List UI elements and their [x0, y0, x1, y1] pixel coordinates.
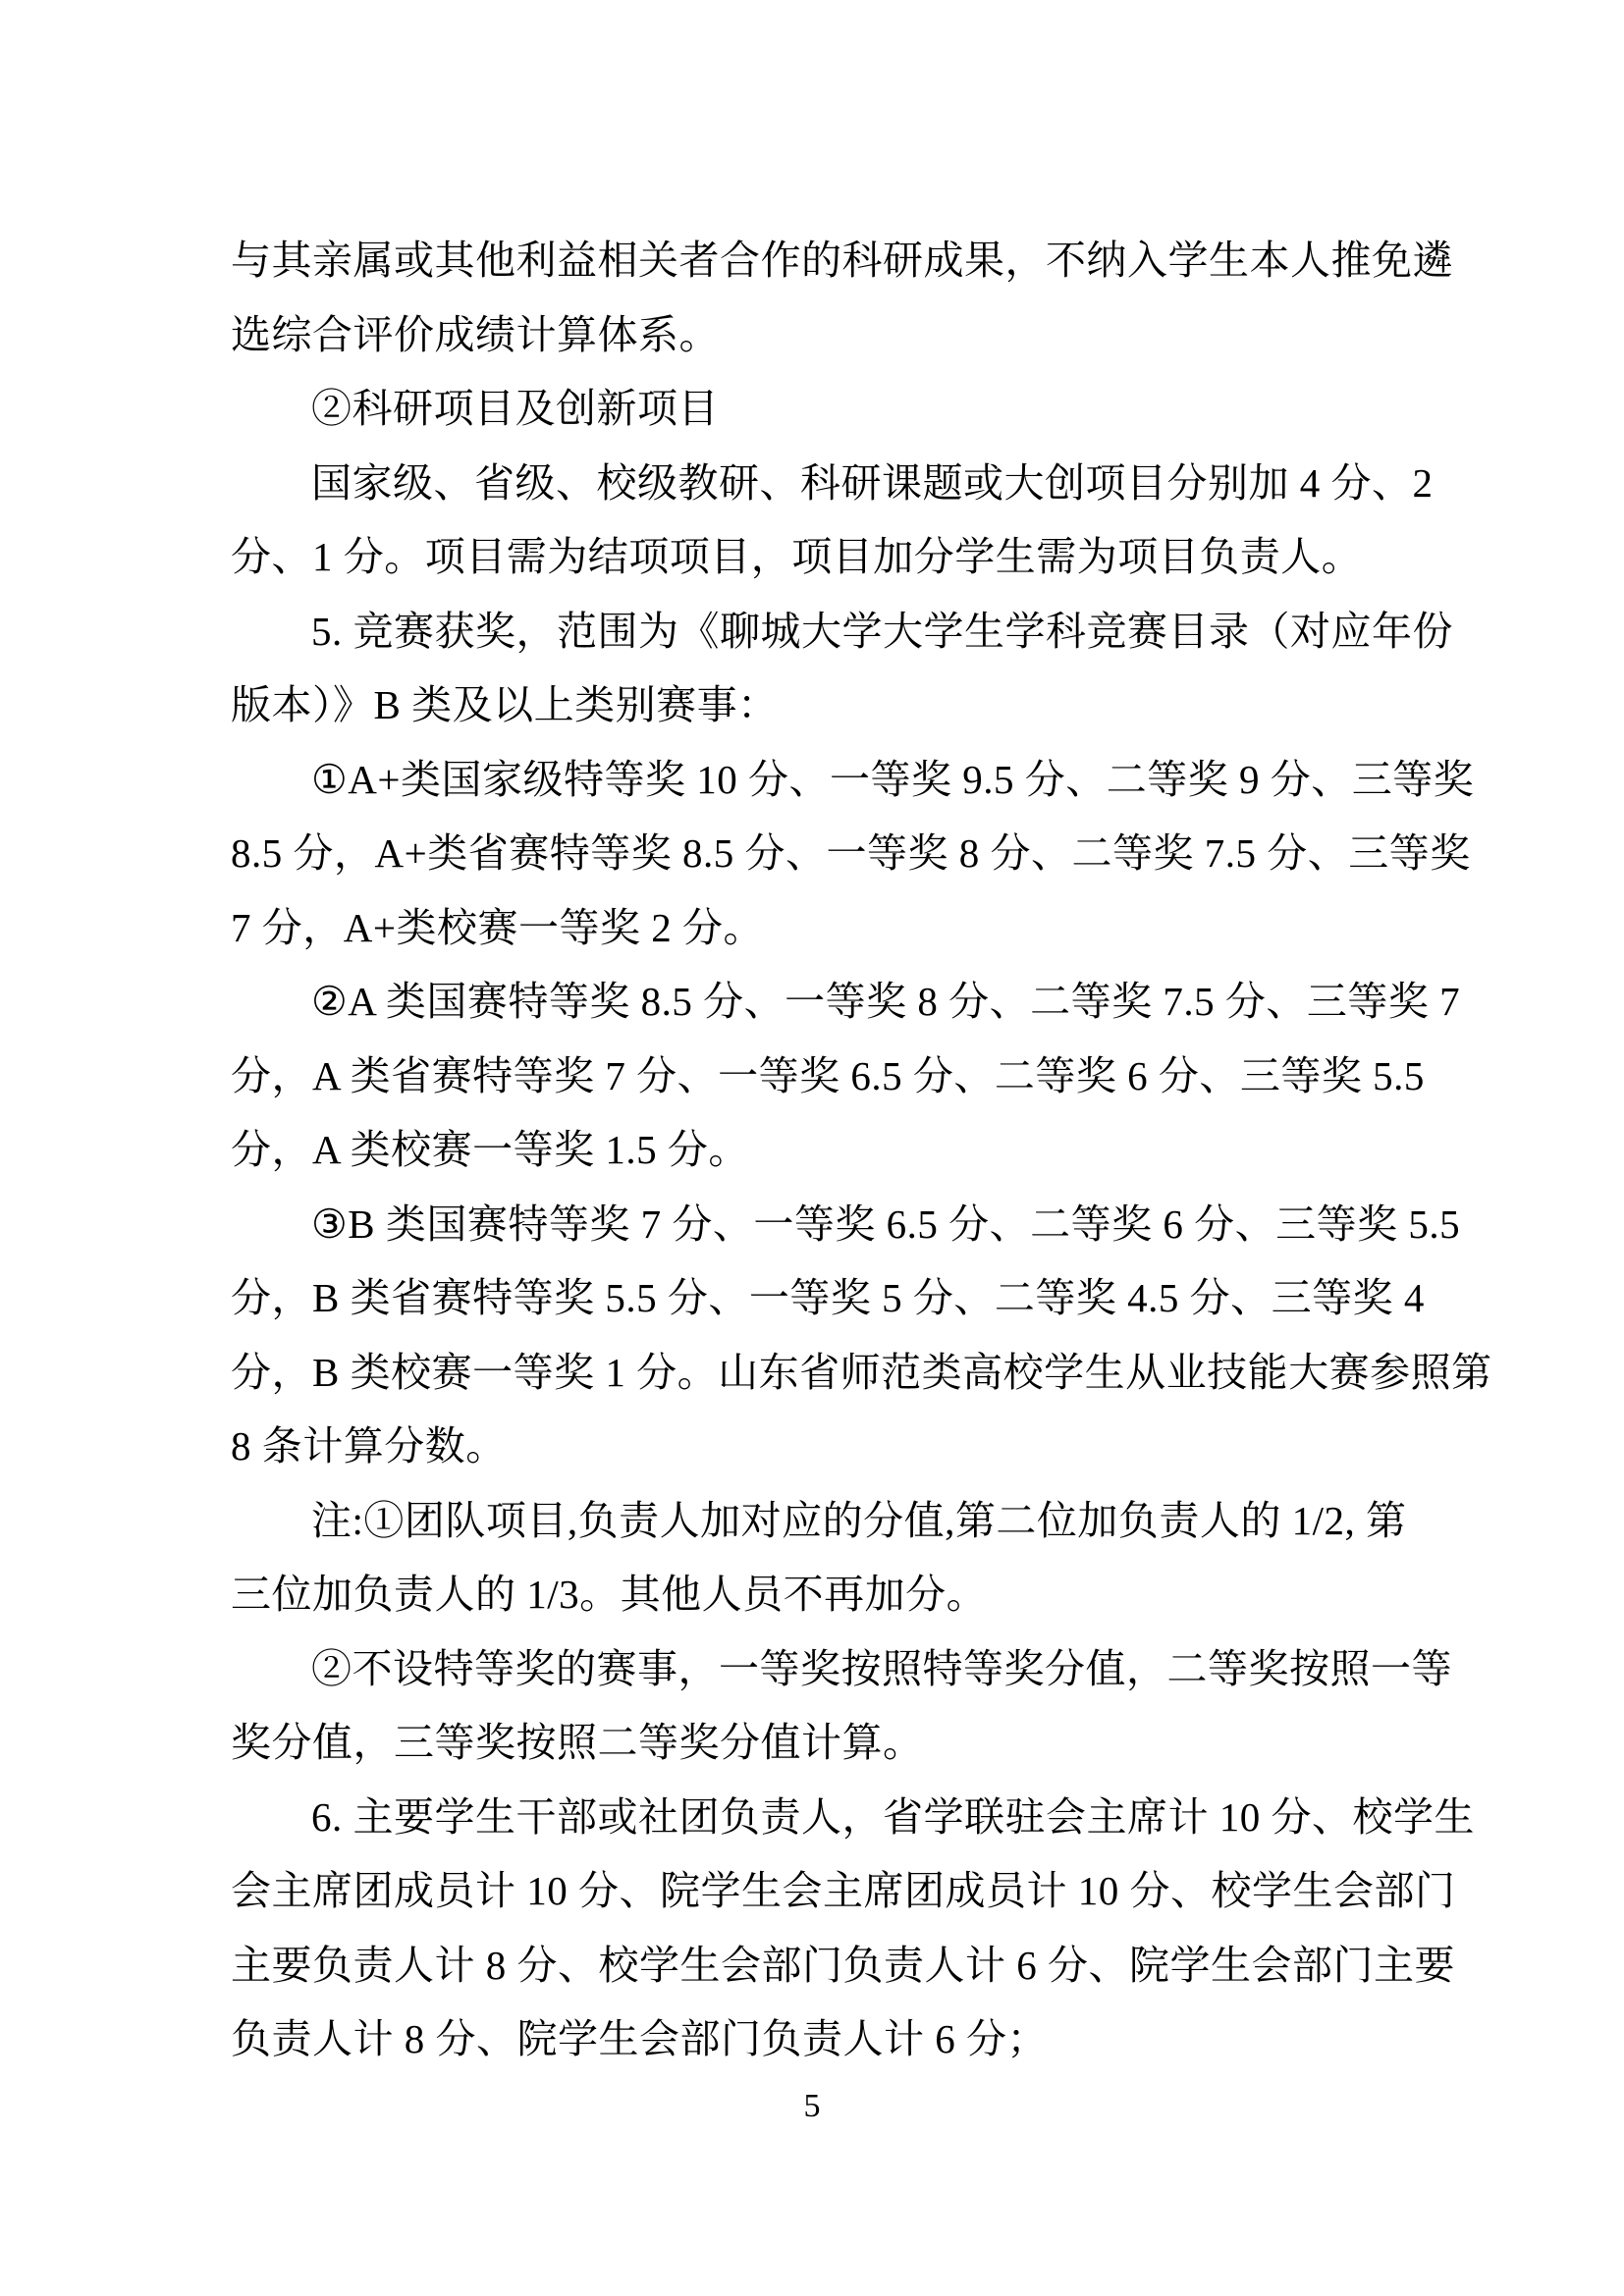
text-line: 会主席团成员计 10 分、院学生会主席团成员计 10 分、校学生会部门 — [231, 1854, 1409, 1929]
text-line: 版本）》B 类及以上类别赛事： — [231, 668, 1409, 743]
text-line: ①A+类国家级特等奖 10 分、一等奖 9.5 分、二等奖 9 分、三等奖 — [231, 743, 1409, 818]
page-number: 5 — [804, 2088, 821, 2124]
text-line: 8 条计算分数。 — [231, 1410, 1409, 1484]
text-line: 分、1 分。项目需为结项项目，项目加分学生需为项目负责人。 — [231, 520, 1409, 595]
document-page: 与其亲属或其他利益相关者合作的科研成果，不纳入学生本人推免遴选综合评价成绩计算体… — [0, 0, 1624, 2296]
document-body: 与其亲属或其他利益相关者合作的科研成果，不纳入学生本人推免遴选综合评价成绩计算体… — [231, 224, 1409, 2077]
page-footer: 5 — [0, 2085, 1624, 2128]
text-line: 奖分值，三等奖按照二等奖分值计算。 — [231, 1706, 1409, 1781]
text-line: ②不设特等奖的赛事，一等奖按照特等奖分值，二等奖按照一等 — [231, 1632, 1409, 1707]
text-line: 分，A 类省赛特等奖 7 分、一等奖 6.5 分、二等奖 6 分、三等奖 5.5 — [231, 1040, 1409, 1114]
text-line: 选综合评价成绩计算体系。 — [231, 298, 1409, 373]
text-line: 主要负责人计 8 分、校学生会部门负责人计 6 分、院学生会部门主要 — [231, 1929, 1409, 2003]
text-line: 三位加负责人的 1/3。其他人员不再加分。 — [231, 1558, 1409, 1632]
text-line: 注:①团队项目,负责人加对应的分值,第二位加负责人的 1/2, 第 — [231, 1484, 1409, 1559]
text-line: 分，B 类校赛一等奖 1 分。山东省师范类高校学生从业技能大赛参照第 — [231, 1336, 1409, 1411]
text-line: 6. 主要学生干部或社团负责人，省学联驻会主席计 10 分、校学生 — [231, 1781, 1409, 1855]
text-line: 与其亲属或其他利益相关者合作的科研成果，不纳入学生本人推免遴 — [231, 224, 1409, 298]
text-line: ②A 类国赛特等奖 8.5 分、一等奖 8 分、二等奖 7.5 分、三等奖 7 — [231, 965, 1409, 1040]
text-line: 7 分，A+类校赛一等奖 2 分。 — [231, 891, 1409, 966]
text-line: ③B 类国赛特等奖 7 分、一等奖 6.5 分、二等奖 6 分、三等奖 5.5 — [231, 1188, 1409, 1262]
text-line: 分，A 类校赛一等奖 1.5 分。 — [231, 1113, 1409, 1188]
text-line: ②科研项目及创新项目 — [231, 372, 1409, 447]
text-line: 分，B 类省赛特等奖 5.5 分、一等奖 5 分、二等奖 4.5 分、三等奖 4 — [231, 1261, 1409, 1336]
text-line: 国家级、省级、校级教研、科研课题或大创项目分别加 4 分、2 — [231, 447, 1409, 521]
text-line: 8.5 分，A+类省赛特等奖 8.5 分、一等奖 8 分、二等奖 7.5 分、三… — [231, 817, 1409, 891]
text-line: 负责人计 8 分、院学生会部门负责人计 6 分； — [231, 2002, 1409, 2077]
text-line: 5. 竞赛获奖，范围为《聊城大学大学生学科竞赛目录（对应年份 — [231, 595, 1409, 669]
